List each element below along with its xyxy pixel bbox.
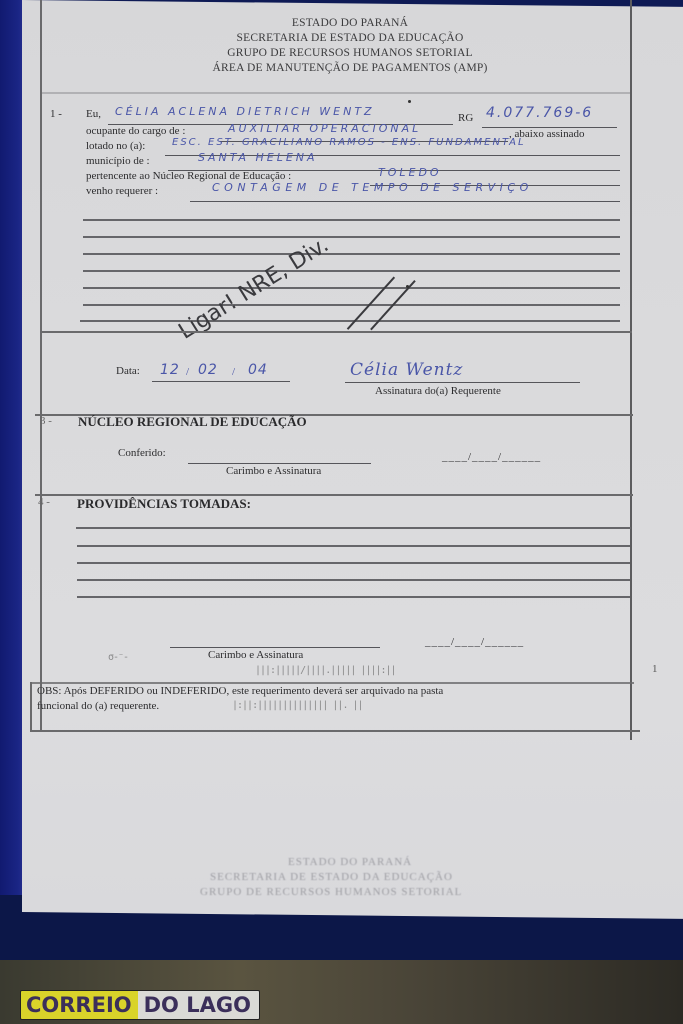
ruled-line (77, 596, 630, 598)
ruled-line (83, 253, 620, 255)
signature-underline (345, 382, 580, 383)
conferido-underline[interactable] (188, 463, 371, 464)
municipio-label: município de : (86, 155, 150, 167)
date-separator: / (232, 366, 235, 378)
name-field[interactable]: CÉLIA ACLENA DIETRICH WENTZ (115, 105, 375, 118)
bleed-through-header-1: ESTADO DO PARANÁ (288, 856, 412, 868)
requerer-underline (190, 201, 620, 202)
ruled-line (77, 545, 630, 547)
bleed-through-noise: |:||:|||||||||||||| ||. || (232, 700, 363, 711)
lotado-label: lotado no (a): (86, 140, 145, 152)
margin-mark: 1 (652, 663, 658, 675)
obs-line-1: OBS: Após DEFERIDO ou INDEFERIDO, este r… (37, 685, 443, 697)
date-day[interactable]: 12 (160, 362, 180, 378)
date-label: Data: (116, 365, 140, 377)
requerer-field[interactable]: CONTAGEM DE TEMPO DE SERVIÇO (212, 181, 533, 194)
ruled-line (83, 236, 620, 238)
date-separator: / (186, 366, 189, 378)
form-border-left (40, 0, 42, 730)
bleed-through-header-2: SECRETARIA DE ESTADO DA EDUCAÇÃO (210, 871, 453, 883)
municipio-field[interactable]: SANTA HELENA (198, 151, 318, 164)
section4-number: 4 - (38, 496, 50, 508)
ruled-line (83, 304, 620, 306)
ruled-line (83, 287, 620, 289)
section4-signature-underline[interactable] (170, 647, 380, 648)
ruled-line (77, 562, 630, 564)
ink-speck (406, 285, 409, 288)
requester-signature[interactable]: Célia Wentz (350, 360, 463, 380)
obs-border-left (30, 682, 32, 732)
date-year[interactable]: 04 (248, 362, 268, 378)
conferido-label: Conferido: (118, 447, 166, 459)
section4-stamp-caption: Carimbo e Assinatura (208, 649, 303, 661)
ruled-line (83, 219, 620, 221)
header-state: ESTADO DO PARANÁ (150, 16, 550, 30)
bleed-through-noise: |||:|||||/||||.||||| ||||:|| (255, 665, 396, 676)
ruled-line (77, 579, 630, 581)
ruled-line (76, 527, 631, 529)
cargo-field[interactable]: AUXILIAR OPERACIONAL (228, 122, 421, 135)
ink-speck (408, 100, 411, 103)
logo-part-correio: CORREIO (21, 991, 138, 1019)
header-group: GRUPO DE RECURSOS HUMANOS SETORIAL (150, 46, 550, 60)
header-area: ÁREA DE MANUTENÇÃO DE PAGAMENTOS (AMP) (150, 61, 550, 75)
section-divider (30, 682, 634, 684)
section1-number: 1 - (50, 108, 62, 120)
signature-caption: Assinatura do(a) Requerente (375, 385, 501, 397)
section4-date-blank[interactable]: ____/____/______ (425, 636, 524, 648)
nucleo-field[interactable]: TOLEDO (378, 166, 442, 179)
form-bottom-border (30, 730, 640, 732)
eu-label: Eu, (86, 108, 101, 120)
section-divider (40, 92, 630, 94)
header-secretariat: SECRETARIA DE ESTADO DA EDUCAÇÃO (150, 31, 550, 45)
ink-noise: σ-⁻- (108, 652, 128, 663)
requerer-label: venho requerer : (86, 185, 158, 197)
cargo-label: ocupante do cargo de : (86, 125, 185, 137)
ruled-line (83, 270, 620, 272)
section3-date-blank[interactable]: ____/____/______ (442, 451, 541, 463)
lotado-field[interactable]: ESC. EST. GRACILIANO RAMOS - ENS. FUNDAM… (172, 137, 526, 148)
date-month[interactable]: 02 (198, 362, 218, 378)
bleed-through-header-3: GRUPO DE RECURSOS HUMANOS SETORIAL (200, 886, 462, 898)
logo-part-do-lago: DO LAGO (138, 991, 259, 1019)
section4-title: PROVIDÊNCIAS TOMADAS: (77, 496, 251, 512)
section3-stamp-caption: Carimbo e Assinatura (226, 465, 321, 477)
section3-title: NÚCLEO REGIONAL DE EDUCAÇÃO (78, 414, 307, 430)
obs-line-2: funcional do (a) requerente. (37, 700, 159, 712)
rg-label: RG (458, 112, 473, 124)
correio-do-lago-logo: CORREIO DO LAGO (20, 990, 260, 1020)
section3-number: 3 - (40, 415, 52, 427)
rg-field[interactable]: 4.077.769-6 (486, 105, 593, 121)
section-divider (40, 331, 632, 333)
ruled-line (80, 320, 620, 322)
form-border-right (630, 0, 632, 740)
date-underline (152, 381, 290, 382)
